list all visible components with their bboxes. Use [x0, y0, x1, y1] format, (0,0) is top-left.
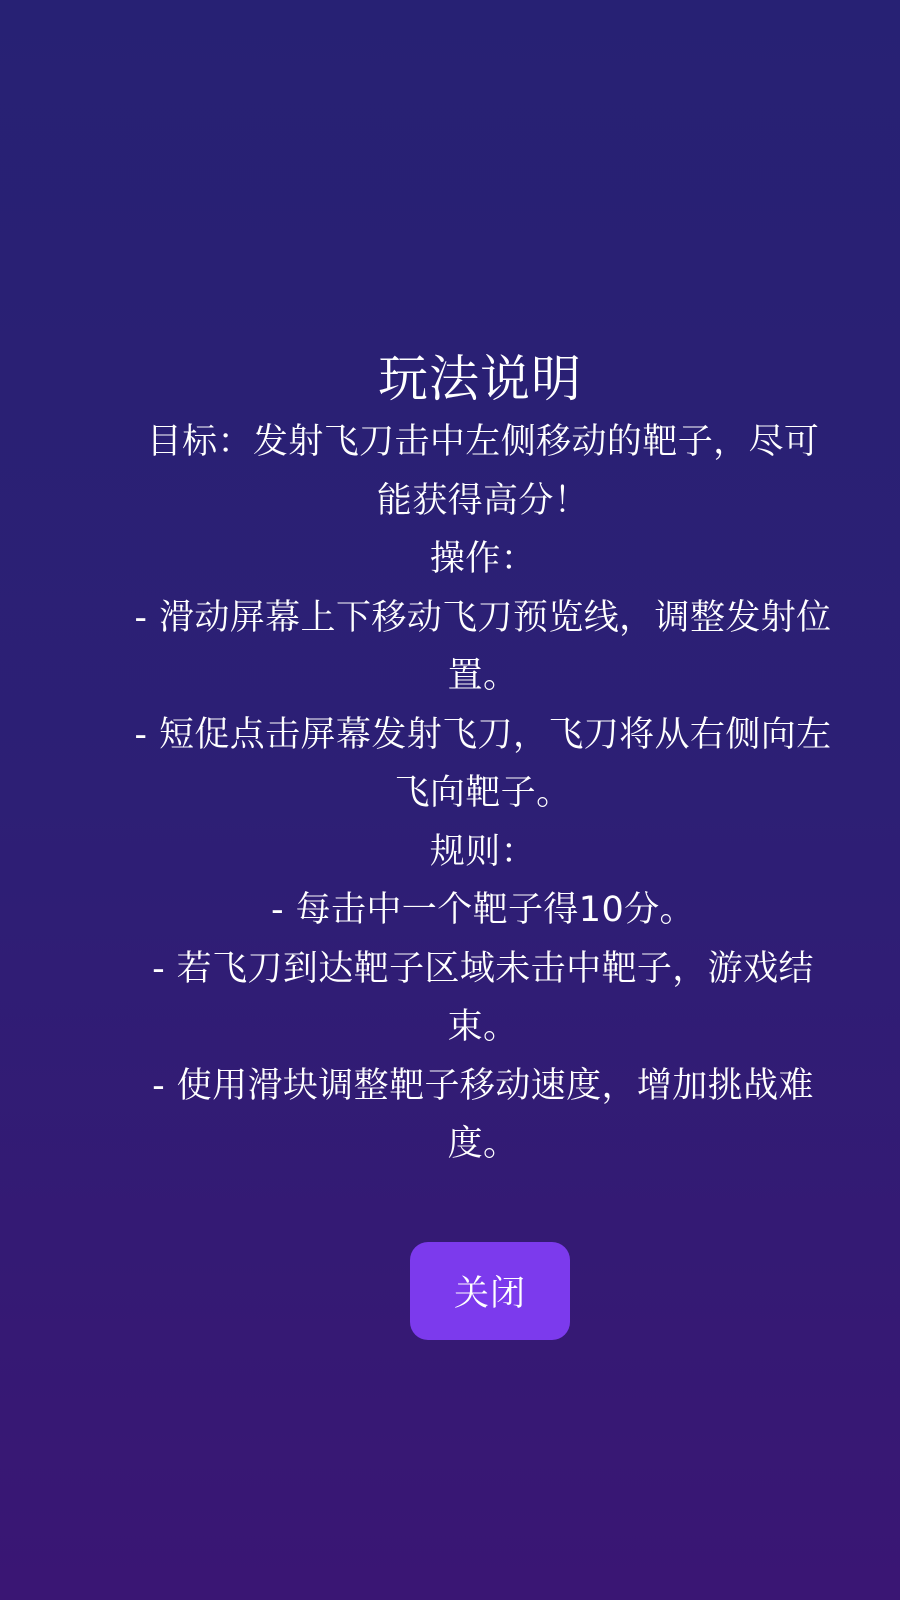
instructions-dialog: 玩法说明 目标：发射飞刀击中左侧移动的靶子，尽可能获得高分！ 操作： - 滑动屏…	[130, 345, 850, 1174]
dialog-title: 玩法说明	[130, 345, 830, 413]
goal-text: 目标：发射飞刀击中左侧移动的靶子，尽可能获得高分！	[130, 413, 836, 530]
rules-heading: 规则：	[130, 823, 836, 882]
controls-heading: 操作：	[130, 530, 836, 589]
close-button[interactable]: 关闭	[410, 1242, 570, 1340]
controls-swipe-text: - 滑动屏幕上下移动飞刀预览线，调整发射位置。	[130, 589, 836, 706]
rules-speed-text: - 使用滑块调整靶子移动速度，增加挑战难度。	[130, 1057, 836, 1174]
instructions-body: 目标：发射飞刀击中左侧移动的靶子，尽可能获得高分！ 操作： - 滑动屏幕上下移动…	[130, 413, 836, 1174]
controls-tap-text: - 短促点击屏幕发射飞刀，飞刀将从右侧向左飞向靶子。	[130, 706, 836, 823]
rules-gameover-text: - 若飞刀到达靶子区域未击中靶子，游戏结束。	[130, 940, 836, 1057]
rules-score-text: - 每击中一个靶子得10分。	[130, 881, 836, 940]
